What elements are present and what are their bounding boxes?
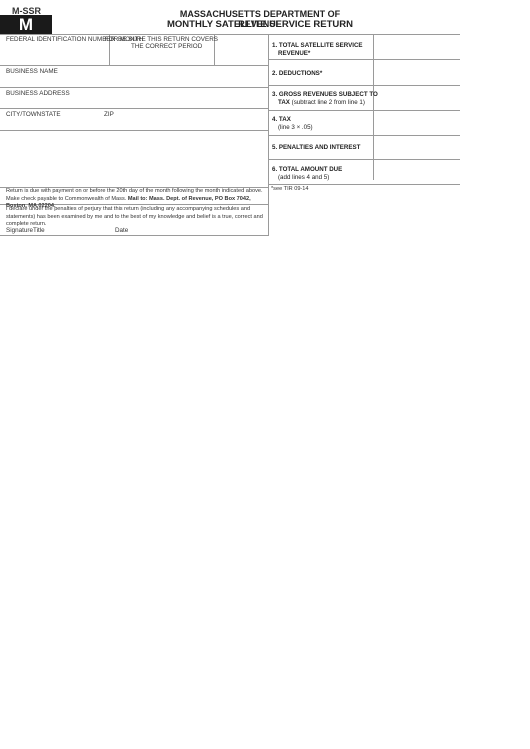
form-title: MONTHLY SATELLITE SERVICE RETURN	[150, 19, 370, 30]
city-label: CITY/TOWNSTATE	[6, 111, 61, 118]
divider	[0, 34, 460, 35]
city-state-zip-field[interactable]	[2, 118, 266, 129]
divider	[268, 159, 460, 160]
period-notice-line1: BE SURE THIS RETURN COVERS	[118, 36, 218, 43]
line-2-amount-field[interactable]	[375, 61, 459, 84]
zip-label: ZIP	[104, 111, 114, 118]
divider	[268, 184, 460, 185]
date-label: Date	[115, 227, 128, 234]
divider	[268, 110, 460, 111]
date-field[interactable]	[114, 220, 264, 227]
business-address-label: BUSINESS ADDRESS	[6, 90, 70, 97]
state-label: STATE	[41, 111, 60, 118]
signature-title-label: SignatureTitle	[6, 227, 45, 234]
business-address-field[interactable]	[2, 97, 266, 107]
divider	[0, 235, 268, 236]
line-2-label: 2. DEDUCTIONS*	[272, 70, 322, 78]
line-3-amount-field[interactable]	[375, 87, 459, 109]
divider	[0, 130, 268, 131]
business-name-label: BUSINESS NAME	[6, 68, 58, 75]
form-badge: M	[0, 15, 52, 34]
line-6-amount-field[interactable]	[375, 161, 459, 183]
title-label: Title	[33, 227, 45, 234]
line-5-label: 5. PENALTIES AND INTEREST	[272, 144, 360, 152]
divider	[0, 108, 268, 109]
fein-field[interactable]	[2, 44, 107, 64]
signature-label: Signature	[6, 227, 33, 234]
divider	[268, 135, 460, 136]
line-3-label: 3. GROSS REVENUES SUBJECT TO TAX (subtra…	[272, 91, 378, 106]
period-notice-line2: THE CORRECT PERIOD	[131, 43, 202, 50]
divider	[268, 85, 460, 86]
line-5-amount-field[interactable]	[375, 137, 459, 158]
line-6-label: 6. TOTAL AMOUNT DUE (add lines 4 and 5)	[272, 166, 342, 181]
line-4-amount-field[interactable]	[375, 112, 459, 134]
line-1-label: 1. TOTAL SATELLITE SERVICE REVENUE*	[272, 42, 363, 57]
line-4-label: 4. TAX (line 3 × .05)	[272, 116, 313, 131]
fein-label: FEDERAL IDENTIFICATION NUMBER	[6, 36, 115, 43]
divider	[0, 65, 268, 66]
divider	[0, 87, 268, 88]
signature-field[interactable]	[2, 220, 112, 227]
line-1-amount-field[interactable]	[375, 36, 459, 58]
divider	[268, 59, 460, 60]
footnote: *see TIR 09-14	[271, 186, 309, 194]
city-town-label: CITY/TOWN	[6, 111, 41, 118]
business-name-field[interactable]	[2, 75, 266, 86]
